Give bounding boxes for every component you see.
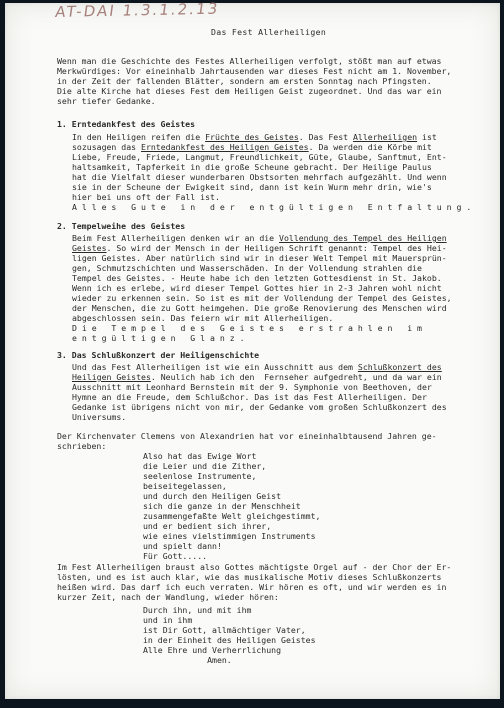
- underlined-text: Allerheiligen: [353, 132, 417, 142]
- text-segment: Liebe, Freude, Friede, Langmut, Freundli…: [72, 152, 447, 162]
- text-segment: und er bedient sich ihrer,: [143, 521, 271, 531]
- text-segment: A l l e s G u t e i n d e r e n t g ü l …: [72, 202, 471, 212]
- underlined-text: Heiligen Geistes: [72, 372, 151, 382]
- intro-paragraph: Wenn man die Geschichte des Festes Aller…: [57, 56, 451, 106]
- text-segment: Ausschnitt mit Leonhard Bernstein mit de…: [72, 382, 432, 392]
- clemens-quote-poem: Also hat das Ewige Wortdie Leier und die…: [143, 451, 320, 561]
- text-segment: zusammengefaßte Welt gleichgestimmt,: [143, 511, 320, 521]
- section-3-heading: 3. Das Schlußkonzert der Heiligenschicht…: [57, 350, 259, 360]
- text-segment: und spielt dann!: [143, 541, 222, 551]
- text-segment: gen, Schmutzschichten und Wasserschäden.…: [72, 263, 422, 273]
- text-line: und spielt dann!: [143, 541, 320, 551]
- text-line: Der Kirchenvater Clemens von Alexandrien…: [57, 431, 437, 441]
- underlined-text: Erntedankfest des Heiligen Geistes: [141, 142, 309, 152]
- text-segment: sich die ganze in der Menschheit: [143, 501, 301, 511]
- text-segment: seelenlose Instrumente,: [143, 471, 256, 481]
- text-line: heißen wird. Das darf ich euch verraten.…: [57, 582, 451, 592]
- text-line: Die alte Kirche hat dieses Fest dem Heil…: [57, 86, 451, 96]
- text-line: hier bei uns oft der Fall ist.: [72, 192, 471, 202]
- text-line: Merkwürdiges: Vor eineinhalb Jahrtausend…: [57, 66, 451, 76]
- text-line: sie in der Scheune der Ewigkeit sind, da…: [72, 182, 471, 192]
- scanned-document: AT-DAI 1.3.1.2.13 Das Fest Allerheiligen…: [0, 0, 504, 708]
- section-1-body: In den Heiligen reifen die Früchte des G…: [72, 132, 471, 212]
- section-3-body: Und das Fest Allerheiligen ist wie ein A…: [72, 362, 447, 422]
- text-segment: Tempel des Geistes. - Heute habe ich den…: [72, 273, 442, 283]
- text-line: ligen Geistes. Aber natürlich sind wir i…: [72, 253, 452, 263]
- text-segment: Und das Fest Allerheiligen ist wie ein A…: [72, 362, 358, 372]
- underlined-text: Schlußkonzert des: [358, 362, 442, 372]
- text-segment: ist: [417, 132, 437, 142]
- text-segment: sie in der Scheune der Ewigkeit sind, da…: [72, 182, 432, 192]
- text-line: Geistes. So wird der Mensch in der Heili…: [72, 243, 452, 253]
- text-segment: Beim Fest Allerheiligen denken wir an di…: [72, 233, 279, 243]
- text-line: Durch ihn, und mit ihm: [143, 605, 316, 615]
- text-segment: D i e T e m p e l d e s G e i s t e s e …: [72, 323, 422, 333]
- text-segment: Wenn man die Geschichte des Festes Aller…: [57, 56, 442, 66]
- text-line: in der Einheit des Heiligen Geistes: [143, 635, 316, 645]
- text-segment: die Leier und die Zither,: [143, 461, 266, 471]
- text-line: zusammengefaßte Welt gleichgestimmt,: [143, 511, 320, 521]
- text-line: Tempel des Geistes. - Heute habe ich den…: [72, 273, 452, 283]
- text-line: Heiligen Geistes. Neulich hab ich den Fe…: [72, 372, 447, 382]
- text-segment: 3. Das Schlußkonzert der Heiligenschicht…: [57, 350, 259, 360]
- text-line: Universums.: [72, 412, 447, 422]
- text-line: und durch den Heiligen Geist: [143, 491, 320, 501]
- text-segment: e n t g ü l t i g e n G l a n z .: [72, 333, 245, 343]
- text-segment: haltsamkeit, Tapferkeit in die große Sch…: [72, 162, 432, 172]
- text-line: Wenn ich es erlebe, wird dieser Tempel G…: [72, 283, 452, 293]
- text-line: Ausschnitt mit Leonhard Bernstein mit de…: [72, 382, 447, 392]
- text-line: der Menschen, die zu Gott heimgehen. Die…: [72, 303, 452, 313]
- text-segment: in der Zeit der fallenden Blätter, sonde…: [57, 76, 432, 86]
- text-line: lösten, und es ist auch klar, wie das mu…: [57, 572, 451, 582]
- document-title: Das Fest Allerheiligen: [211, 27, 326, 37]
- text-segment: und durch den Heiligen Geist: [143, 491, 281, 501]
- text-line: Wenn man die Geschichte des Festes Aller…: [57, 56, 451, 66]
- text-segment: der Menschen, die zu Gott heimgehen. Die…: [72, 303, 447, 313]
- archive-reference-handwritten: AT-DAI 1.3.1.2.13: [54, 0, 221, 24]
- text-segment: Wenn ich es erlebe, wird dieser Tempel G…: [72, 283, 442, 293]
- text-line: Liebe, Freude, Friede, Langmut, Freundli…: [72, 152, 471, 162]
- text-segment: wie eines vielstimmigen Instruments: [143, 531, 316, 541]
- text-segment: Also hat das Ewige Wort: [143, 451, 256, 461]
- text-segment: 2. Tempelweihe des Geistes: [57, 221, 185, 231]
- text-segment: hier bei uns oft der Fall ist.: [72, 192, 220, 202]
- text-line: wie eines vielstimmigen Instruments: [143, 531, 320, 541]
- text-segment: . Das Fest: [299, 132, 353, 142]
- text-line: hat die Vielfalt dieser wunderbaren Obst…: [72, 172, 471, 182]
- underlined-text: Vollendung des Tempel des Heiligen: [279, 233, 447, 243]
- text-segment: In den Heiligen reifen die: [72, 132, 205, 142]
- text-segment: sehr tiefer Gedanke.: [57, 96, 156, 106]
- text-segment: beiseitegelassen,: [143, 481, 227, 491]
- text-line: beiseitegelassen,: [143, 481, 320, 491]
- text-segment: heißen wird. Das darf ich euch verraten.…: [57, 582, 446, 592]
- text-line: seelenlose Instrumente,: [143, 471, 320, 481]
- doxology-prayer: Durch ihn, und mit ihmund in ihmist Dir …: [143, 605, 316, 665]
- text-segment: . Neulich hab ich den Fernseher aufgedre…: [151, 372, 442, 382]
- text-line: Alle Ehre und Verherrlichung: [143, 645, 316, 655]
- section-2-body: Beim Fest Allerheiligen denken wir an di…: [72, 233, 452, 343]
- text-line: und er bedient sich ihrer,: [143, 521, 320, 531]
- clemens-intro-paragraph: Der Kirchenvater Clemens von Alexandrien…: [57, 431, 437, 451]
- text-segment: abgeschlossen sein. Das feiern wir mit A…: [72, 313, 333, 323]
- section-2-heading: 2. Tempelweihe des Geistes: [57, 221, 185, 231]
- text-segment: kurzer Zeit, nach der Wandlung, wieder h…: [57, 592, 279, 602]
- text-line: Hymne an die Freude, dem Schlußchor. Das…: [72, 392, 447, 402]
- text-line: Amen.: [143, 655, 316, 665]
- text-segment: Alle Ehre und Verherrlichung: [143, 645, 281, 655]
- text-line: und in ihm: [143, 615, 316, 625]
- text-line: die Leier und die Zither,: [143, 461, 320, 471]
- text-segment: lösten, und es ist auch klar, wie das mu…: [57, 572, 442, 582]
- text-segment: ligen Geistes. Aber natürlich sind wir i…: [72, 253, 447, 263]
- underlined-text: Früchte des Geistes: [205, 132, 299, 142]
- text-segment: wieder zu erkennen sein. So ist es mit d…: [72, 293, 452, 303]
- text-line: wieder zu erkennen sein. So ist es mit d…: [72, 293, 452, 303]
- text-segment: Amen.: [143, 655, 232, 665]
- text-segment: sozusagen das: [72, 142, 141, 152]
- text-segment: Durch ihn, und mit ihm: [143, 605, 251, 615]
- text-line: Im Fest Allerheiligen braust also Gottes…: [57, 562, 451, 572]
- text-line: D i e T e m p e l d e s G e i s t e s e …: [72, 323, 452, 333]
- text-segment: . So wird der Mensch in der Heiligen Sch…: [107, 243, 447, 253]
- text-line: Gedanke ist übrigens nicht von mir, der …: [72, 402, 447, 412]
- text-line: kurzer Zeit, nach der Wandlung, wieder h…: [57, 592, 451, 602]
- text-line: Und das Fest Allerheiligen ist wie ein A…: [72, 362, 447, 372]
- text-line: gen, Schmutzschichten und Wasserschäden.…: [72, 263, 452, 273]
- text-segment: und in ihm: [143, 615, 192, 625]
- text-segment: Gedanke ist übrigens nicht von mir, der …: [72, 402, 447, 412]
- text-segment: Hymne an die Freude, dem Schlußchor. Das…: [72, 392, 427, 402]
- text-line: e n t g ü l t i g e n G l a n z .: [72, 333, 452, 343]
- closing-paragraph: Im Fest Allerheiligen braust also Gottes…: [57, 562, 451, 602]
- text-line: Also hat das Ewige Wort: [143, 451, 320, 461]
- text-segment: 1. Erntedankfest des Geistes: [57, 119, 195, 129]
- text-segment: Im Fest Allerheiligen braust also Gottes…: [57, 562, 451, 572]
- text-segment: Der Kirchenvater Clemens von Alexandrien…: [57, 431, 437, 441]
- text-line: ist Dir Gott, allmächtiger Vater,: [143, 625, 316, 635]
- text-segment: Die alte Kirche hat dieses Fest dem Heil…: [57, 86, 442, 96]
- underlined-text: Geistes: [72, 243, 107, 253]
- text-segment: Merkwürdiges: Vor eineinhalb Jahrtausend…: [57, 66, 451, 76]
- text-segment: ist Dir Gott, allmächtiger Vater,: [143, 625, 306, 635]
- text-line: in der Zeit der fallenden Blätter, sonde…: [57, 76, 451, 86]
- text-line: Für Gott.....: [143, 551, 320, 561]
- text-segment: Für Gott.....: [143, 551, 207, 561]
- text-line: sehr tiefer Gedanke.: [57, 96, 451, 106]
- text-segment: . Da werden die Körbe mit: [309, 142, 432, 152]
- text-line: abgeschlossen sein. Das feiern wir mit A…: [72, 313, 452, 323]
- text-segment: in der Einheit des Heiligen Geistes: [143, 635, 316, 645]
- text-line: 2. Tempelweihe des Geistes: [57, 221, 185, 231]
- text-line: A l l e s G u t e i n d e r e n t g ü l …: [72, 202, 471, 212]
- section-1-heading: 1. Erntedankfest des Geistes: [57, 119, 195, 129]
- text-line: schrieben:: [57, 441, 437, 451]
- text-line: Beim Fest Allerheiligen denken wir an di…: [72, 233, 452, 243]
- text-line: In den Heiligen reifen die Früchte des G…: [72, 132, 471, 142]
- text-line: sozusagen das Erntedankfest des Heiligen…: [72, 142, 471, 152]
- text-segment: Universums.: [72, 412, 126, 422]
- text-segment: hat die Vielfalt dieser wunderbaren Obst…: [72, 172, 447, 182]
- text-line: 1. Erntedankfest des Geistes: [57, 119, 195, 129]
- text-line: sich die ganze in der Menschheit: [143, 501, 320, 511]
- text-line: haltsamkeit, Tapferkeit in die große Sch…: [72, 162, 471, 172]
- text-line: 3. Das Schlußkonzert der Heiligenschicht…: [57, 350, 259, 360]
- text-segment: schrieben:: [57, 441, 106, 451]
